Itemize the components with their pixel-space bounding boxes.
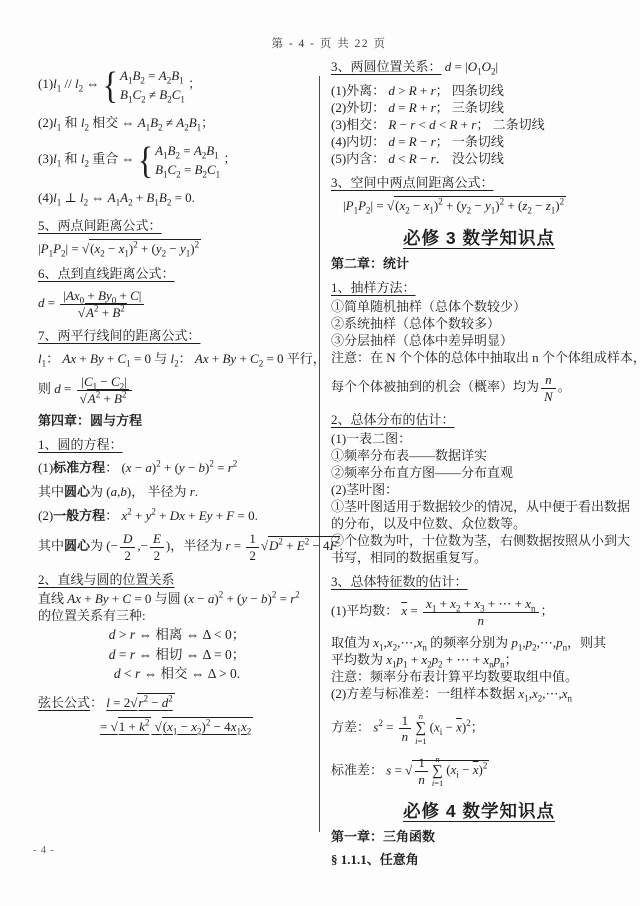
text-line: ①简单随机抽样（总体个数较少） — [331, 298, 627, 315]
text-line: 3、两圆位置关系： d = |O1O2| — [331, 58, 627, 76]
right-column: 3、两圆位置关系： d = |O1O2|(1)外离： d > R + r； 四条… — [331, 56, 627, 868]
text-line: 2、直线与圆的位置关系 — [38, 571, 316, 588]
page-footer: - 4 - — [33, 842, 55, 859]
text-line: 每个个体被抽到的机会（概率）均为nN。 — [331, 372, 627, 404]
text-line: d > r ⇔ 相离 ⇔ Δ < 0； — [38, 626, 316, 643]
text-line: (2)方差与标准差：一组样本数据 x1,x2,⋯,xn — [331, 685, 627, 702]
document-page: { "page": { "header": "第 - 4 - 页 共 22 页"… — [0, 0, 640, 906]
left-column: (1)l1 // l2 ⇔ {A1B2 = A2B1B1C2 ≠ B2C1 ；(… — [38, 56, 316, 742]
text-line: 标准差： s = √1nn∑i=1(xi − x)2 — [331, 755, 627, 788]
text-line: (2)茎叶图： — [331, 481, 627, 498]
text-line: 方差： s2 = 1nn∑i=1(xi − x)2； — [331, 712, 627, 745]
text-line: (3)l1 和 l2 重合 ⇔ {A1B2 = A2B1B1C2 = B2C1 … — [38, 142, 316, 178]
text-line: (2)l1 和 l2 相交 ⇔ A1B2 ≠ A2B1； — [38, 114, 316, 131]
text-line: 取值为 x1,x2,⋯,xn 的频率分别为 p1,p2,⋯,pn，则其 — [331, 634, 627, 651]
text-line: § 1.1.1、任意角 — [331, 851, 627, 868]
text-line: 6、点到直线距离公式： — [38, 265, 316, 282]
text-line: (2)一般方程： x2 + y2 + Dx + Ey + F = 0. — [38, 507, 316, 525]
text-line: |P1P2| = √(x2 − x1)2 + (y2 − y1)2 + (z2 … — [331, 197, 627, 215]
text-line: 5、两点间距离公式： — [38, 217, 316, 234]
text-line: (1)l1 // l2 ⇔ {A1B2 = A2B1B1C2 ≠ B2C1 ； — [38, 67, 316, 103]
text-line: ②频率分布直方图——分布直观 — [331, 464, 627, 481]
text-line: 1、抽样方法： — [331, 279, 627, 296]
text-line: 直线 Ax + By + C = 0 与圆 (x − a)2 + (y − b)… — [38, 590, 316, 607]
text-line: 2、总体分布的估计： — [331, 411, 627, 428]
text-line: (2)外切： d = R + r； 三条切线 — [331, 99, 627, 116]
text-line: 注意：在 N 个个体的总体中抽取出 n 个个体组成样本， — [331, 349, 627, 366]
text-line: ②个位数为叶，十位数为茎，右侧数据按照从小到大 — [331, 532, 627, 549]
text-line: 1、圆的方程： — [38, 436, 316, 453]
text-line: (1)外离： d > R + r； 四条切线 — [331, 82, 627, 99]
text-line: = √1 + k2 √(x1 − x2)2 − 4x1x2 — [38, 718, 316, 736]
text-line: 3、总体特征数的估计： — [331, 573, 627, 590]
text-line: (3)相交： R − r < d < R + r； 二条切线 — [331, 116, 627, 133]
text-line: d = |Ax0 + By0 + C|√A2 + B2 — [38, 288, 316, 320]
text-line: 必修 4 数学知识点 — [331, 800, 627, 822]
text-line: ①频率分布表——数据详实 — [331, 447, 627, 464]
text-line: (1)一表二图： — [331, 430, 627, 447]
text-line: ①茎叶图适用于数据较少的情况，从中便于看出数据 — [331, 498, 627, 515]
text-line: 注意：频率分布表计算平均数要取组中值。 — [331, 668, 627, 685]
text-line: (1)标准方程： (x − a)2 + (y − b)2 = r2 — [38, 459, 316, 477]
text-line: |P1P2| = √(x2 − x1)2 + (y2 − y1)2 — [38, 240, 316, 258]
text-line: (1)平均数： x = x1 + x2 + x3 + ⋯ + xnn； — [331, 596, 627, 628]
text-line: 其中圆心为 (−D2,−E2)，半径为 r = 12√D2 + E2 − 4F. — [38, 531, 316, 563]
text-line: 第四章：圆与方程 — [38, 412, 316, 429]
text-line: ②系统抽样（总体个数较多） — [331, 315, 627, 332]
text-line: 7、两平行线间的距离公式： — [38, 327, 316, 344]
text-line: (5)内含： d < R − r． 没公切线 — [331, 150, 627, 167]
text-line: 第一章：三角函数 — [331, 828, 627, 845]
text-line: 书写，相同的数据重复写。 — [331, 549, 627, 566]
text-line: 必修 3 数学知识点 — [331, 227, 627, 249]
page-header: 第 - 4 - 页 共 22 页 — [0, 36, 640, 53]
text-line: l1： Ax + By + C1 = 0 与 l2： Ax + By + C2 … — [38, 350, 316, 368]
text-line: d < r ⇔ 相交 ⇔ Δ > 0. — [38, 665, 316, 682]
text-line: 的位置关系有三种: — [38, 607, 316, 624]
text-line: 第二章：统计 — [331, 255, 627, 272]
text-line: 弦长公式： l = 2√r2 − d2 — [38, 694, 316, 712]
text-line: 则 d = |C1 − C2|√A2 + B2 — [38, 374, 316, 406]
column-divider — [319, 76, 320, 832]
text-line: ③分层抽样（总体中差异明显） — [331, 332, 627, 349]
text-line: d = r ⇔ 相切 ⇔ Δ = 0； — [38, 646, 316, 663]
text-line: (4)l1 ⊥ l2 ⇔ A1A2 + B1B2 = 0. — [38, 189, 316, 206]
text-line: 其中圆心为 (a,b)， 半径为 r. — [38, 483, 316, 501]
text-line: 平均数为 x1p1 + x2p2 + ⋯ + xnpn； — [331, 651, 627, 668]
text-line: 3、空间中两点间距离公式： — [331, 174, 627, 191]
text-line: 的分布，以及中位数、众位数等。 — [331, 515, 627, 532]
text-line: (4)内切： d = R − r； 一条切线 — [331, 133, 627, 150]
